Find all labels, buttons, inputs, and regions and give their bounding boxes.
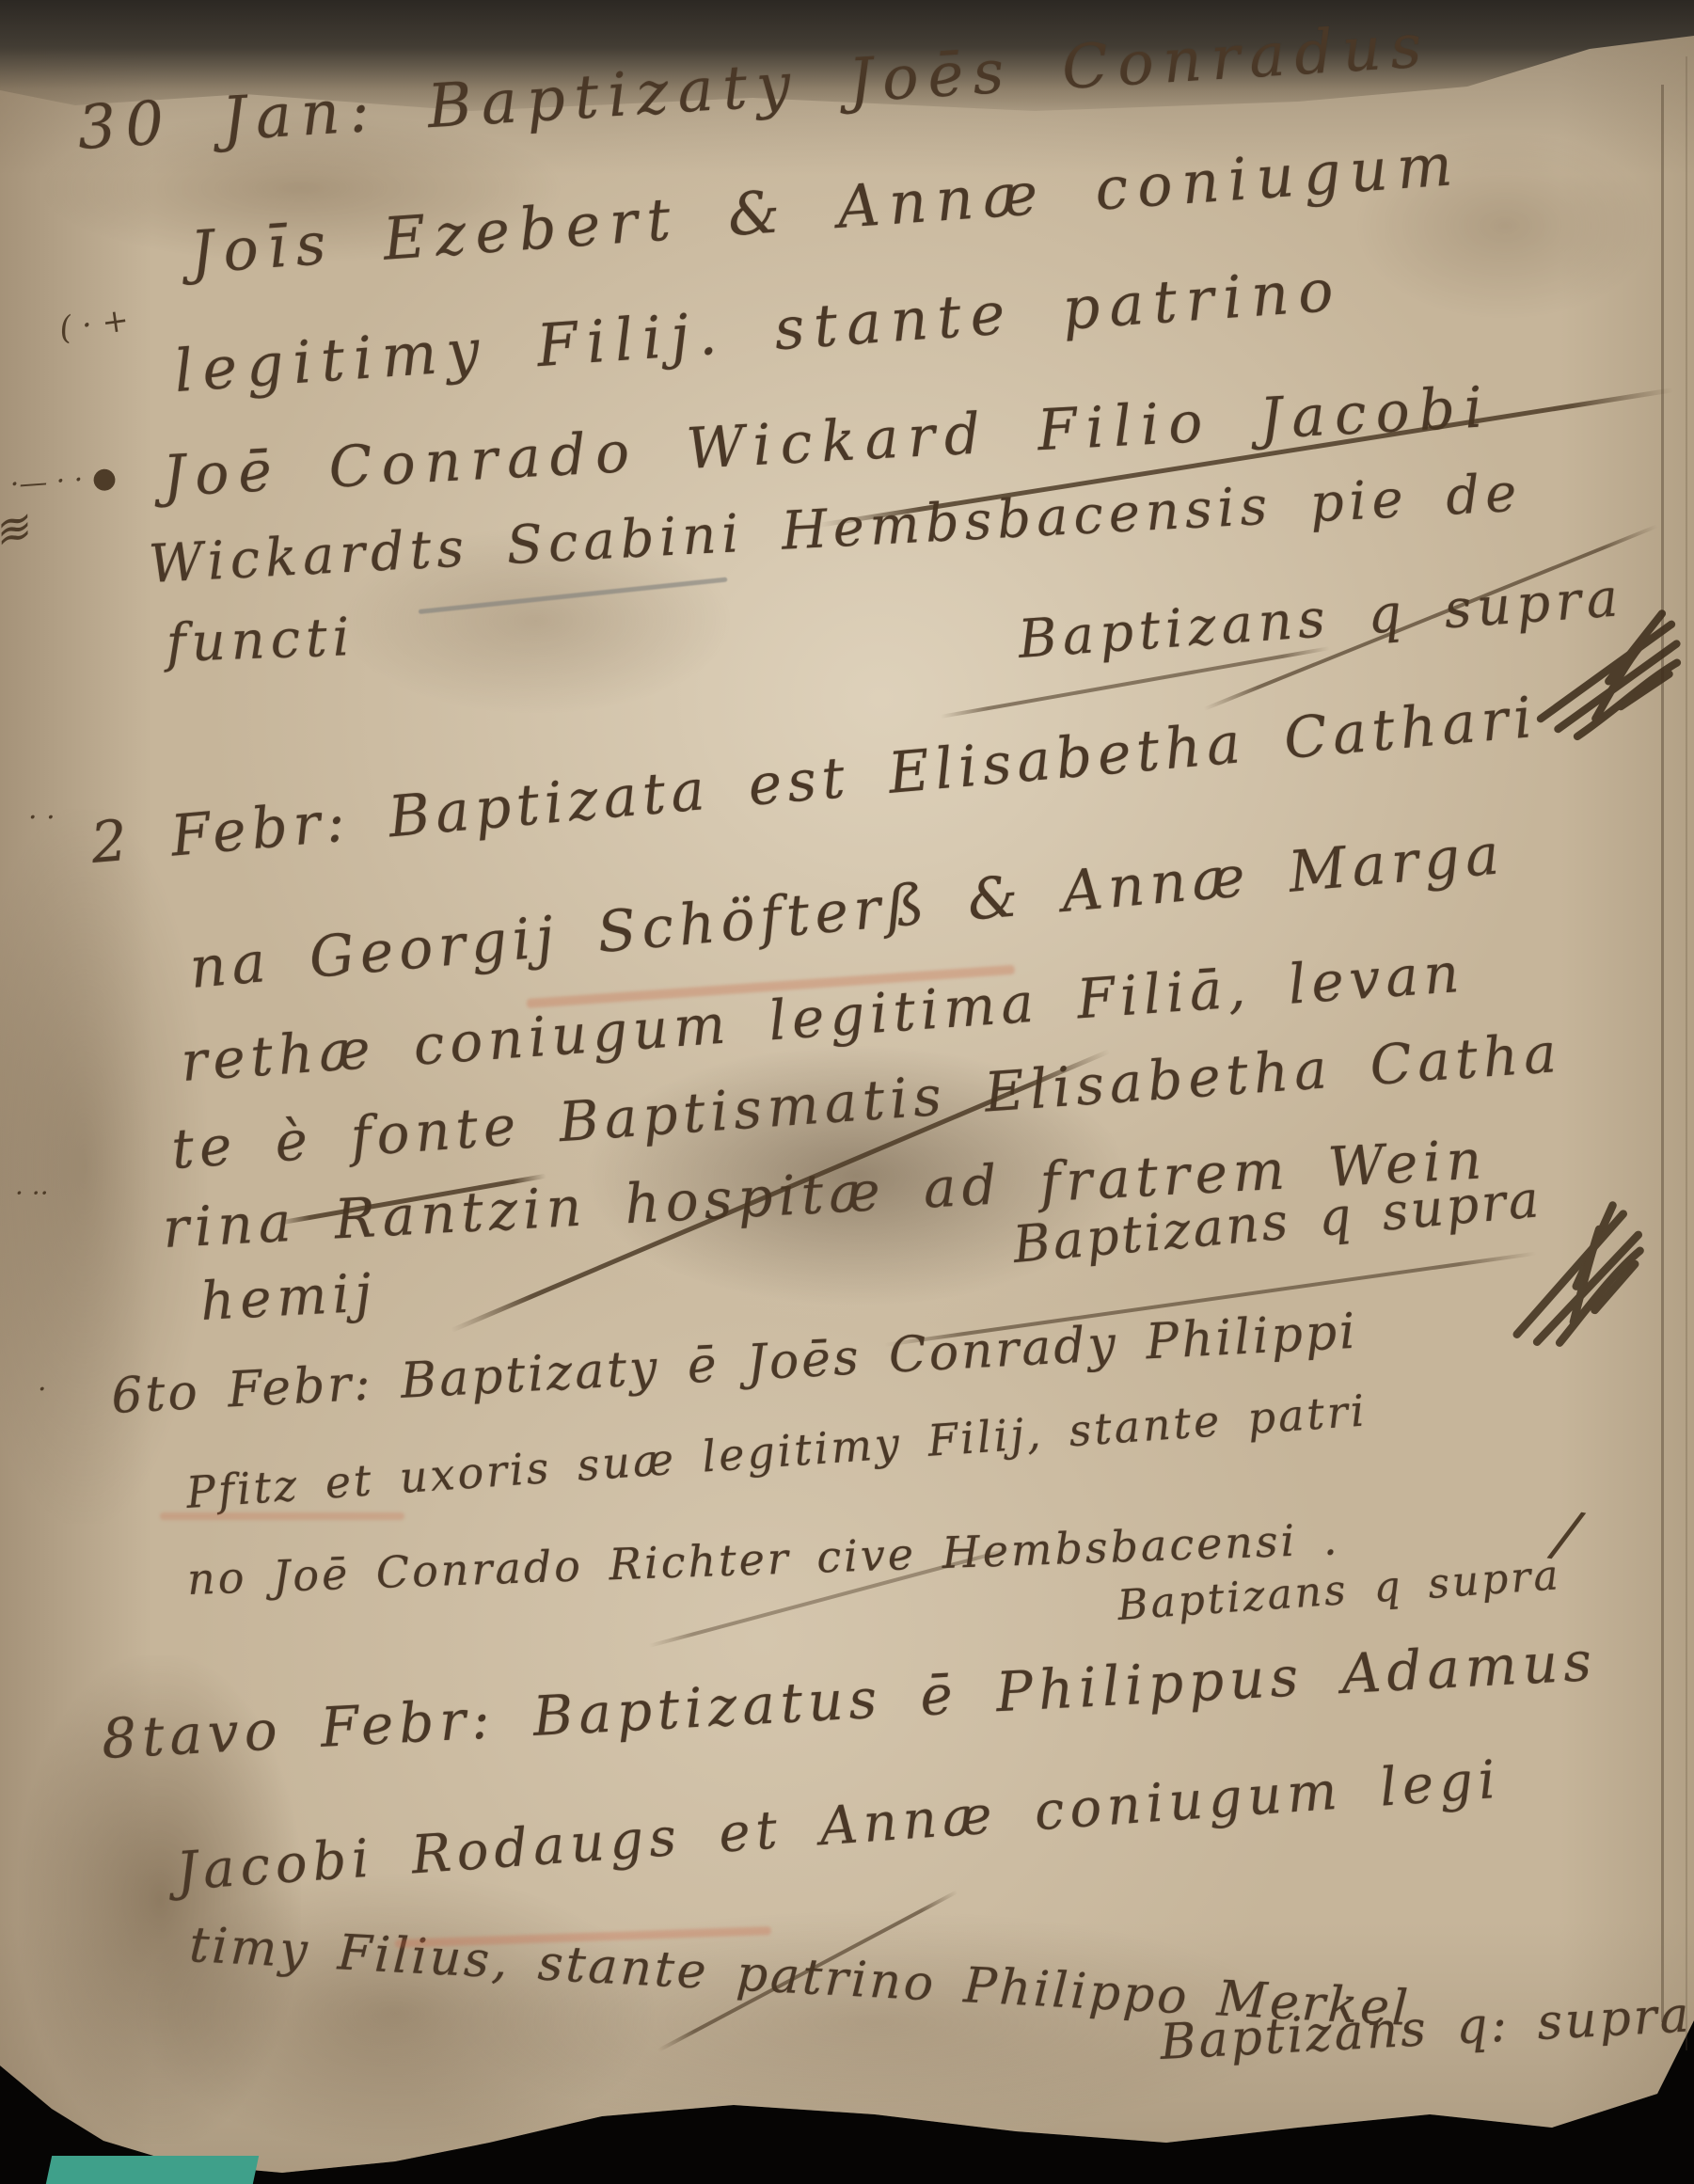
manuscript-line: functi [166, 607, 356, 674]
margin-mark: · · [28, 801, 55, 834]
page-edge-crease [1661, 85, 1664, 2022]
red-pencil-smudge [160, 1512, 404, 1520]
ink-flourish [1522, 571, 1694, 760]
margin-mark: · [38, 1373, 47, 1406]
manuscript-photo: 30 Jan: Baptizaty Joēs Conradus Joīs Eze… [0, 0, 1694, 2184]
green-backing-strip [46, 2156, 259, 2184]
manuscript-line: hemij [199, 1262, 379, 1333]
page-edge-crease [1686, 56, 1687, 2050]
ink-flourish [1490, 1179, 1666, 1355]
margin-mark: · ·· [15, 1178, 49, 1209]
